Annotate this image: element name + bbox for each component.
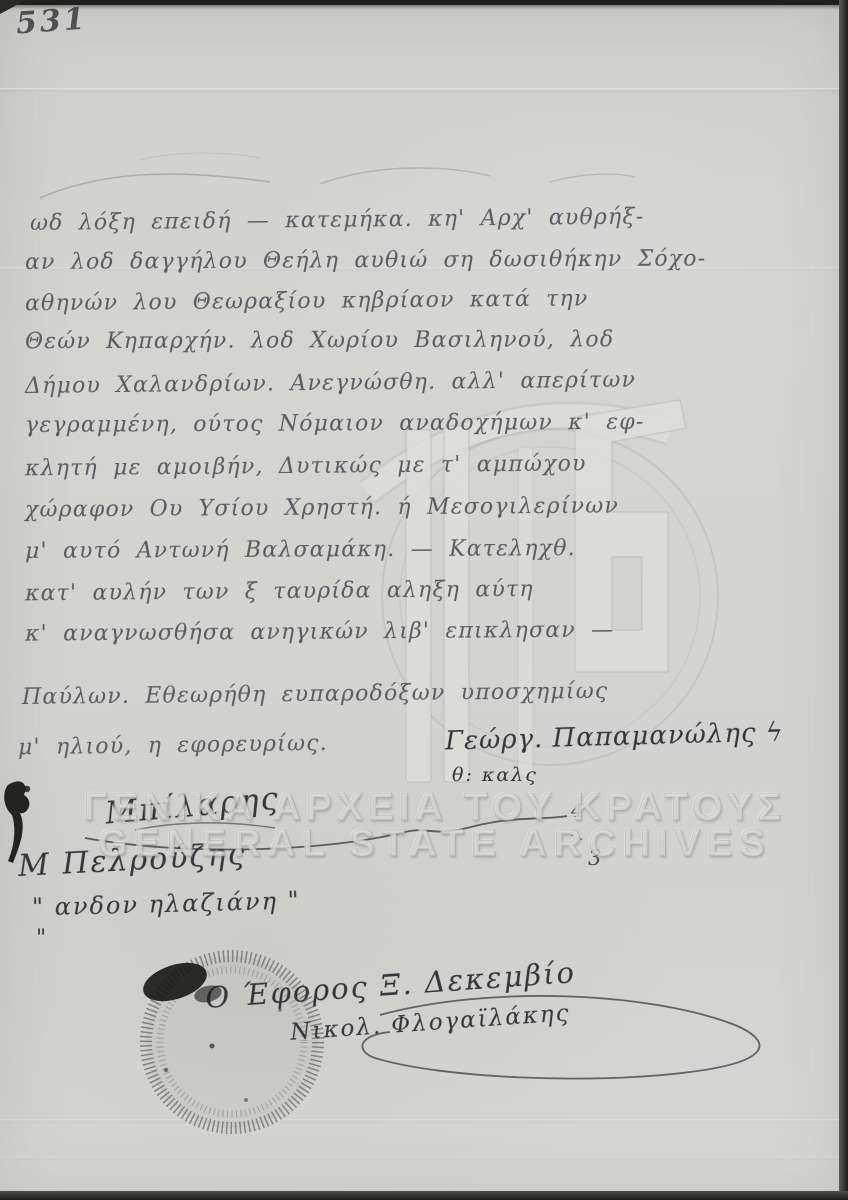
manuscript-line: ωδ λόξη επειδή — κατεμήκα. κη' Αρχ' αυθρ… xyxy=(30,203,790,236)
manuscript-line: Παύλων. Εθεωρήθη ευπαροδόξων υποσχημίως xyxy=(22,677,782,710)
manuscript-line: αθηνών λου Θεωραξίου κηβρίαον κατά την xyxy=(25,285,785,317)
scan-edge-bottom xyxy=(0,1191,848,1200)
manuscript-line: κ' αναγνωσθήσα ανηγικών λιβ' επικλησαν — xyxy=(25,616,785,646)
manuscript-line: γεγραμμένη, ούτος Νόμαιον αναδοχήμων κ' … xyxy=(25,409,785,438)
ink-stamp-icon xyxy=(70,950,410,1150)
watermark-english: GENERAL STATE ARCHIVES xyxy=(98,823,772,866)
manuscript-line: αν λοδ δαγγήλου Θεήλη αυθιώ ση δωσιθήκην… xyxy=(25,246,785,275)
manuscript-line: χώραφον Ου Υσίου Χρηστή. ή Μεσογιλερίνων xyxy=(25,492,785,522)
scan-edge-right xyxy=(839,0,848,1200)
signature-left-4: " xyxy=(36,926,46,951)
signature-note: θ: καλς xyxy=(452,764,538,786)
manuscript-line: κλητή με αμοιβήν, Δυτικώς με τ' αμπώχου xyxy=(25,450,785,482)
manuscript-line: Θεών Κηπαρχήν. λοδ Χωρίου Βασιληνού, λοδ xyxy=(25,327,785,355)
scanned-page: 531 ΓΕΝΙΚΑ ΑΡΧΕΙΑ ΤΟΥ ΚΡΑΤΟΥΣ GENERAL ST… xyxy=(0,0,848,1200)
manuscript-line: μ' αυτό Αντωνή Βαλσαμάκη. — Κατεληχθ. xyxy=(25,535,785,564)
manuscript-line: κατ' αυλήν των ξ ταυρίδα αληξη αύτη xyxy=(25,575,785,607)
scan-edge-top xyxy=(0,0,848,5)
manuscript-line: Δήμου Χαλανδρίων. Ανεγνώσθη. αλλ' απερίτ… xyxy=(25,366,785,399)
ink-blot xyxy=(0,775,45,870)
page-corner-fold xyxy=(0,0,26,14)
